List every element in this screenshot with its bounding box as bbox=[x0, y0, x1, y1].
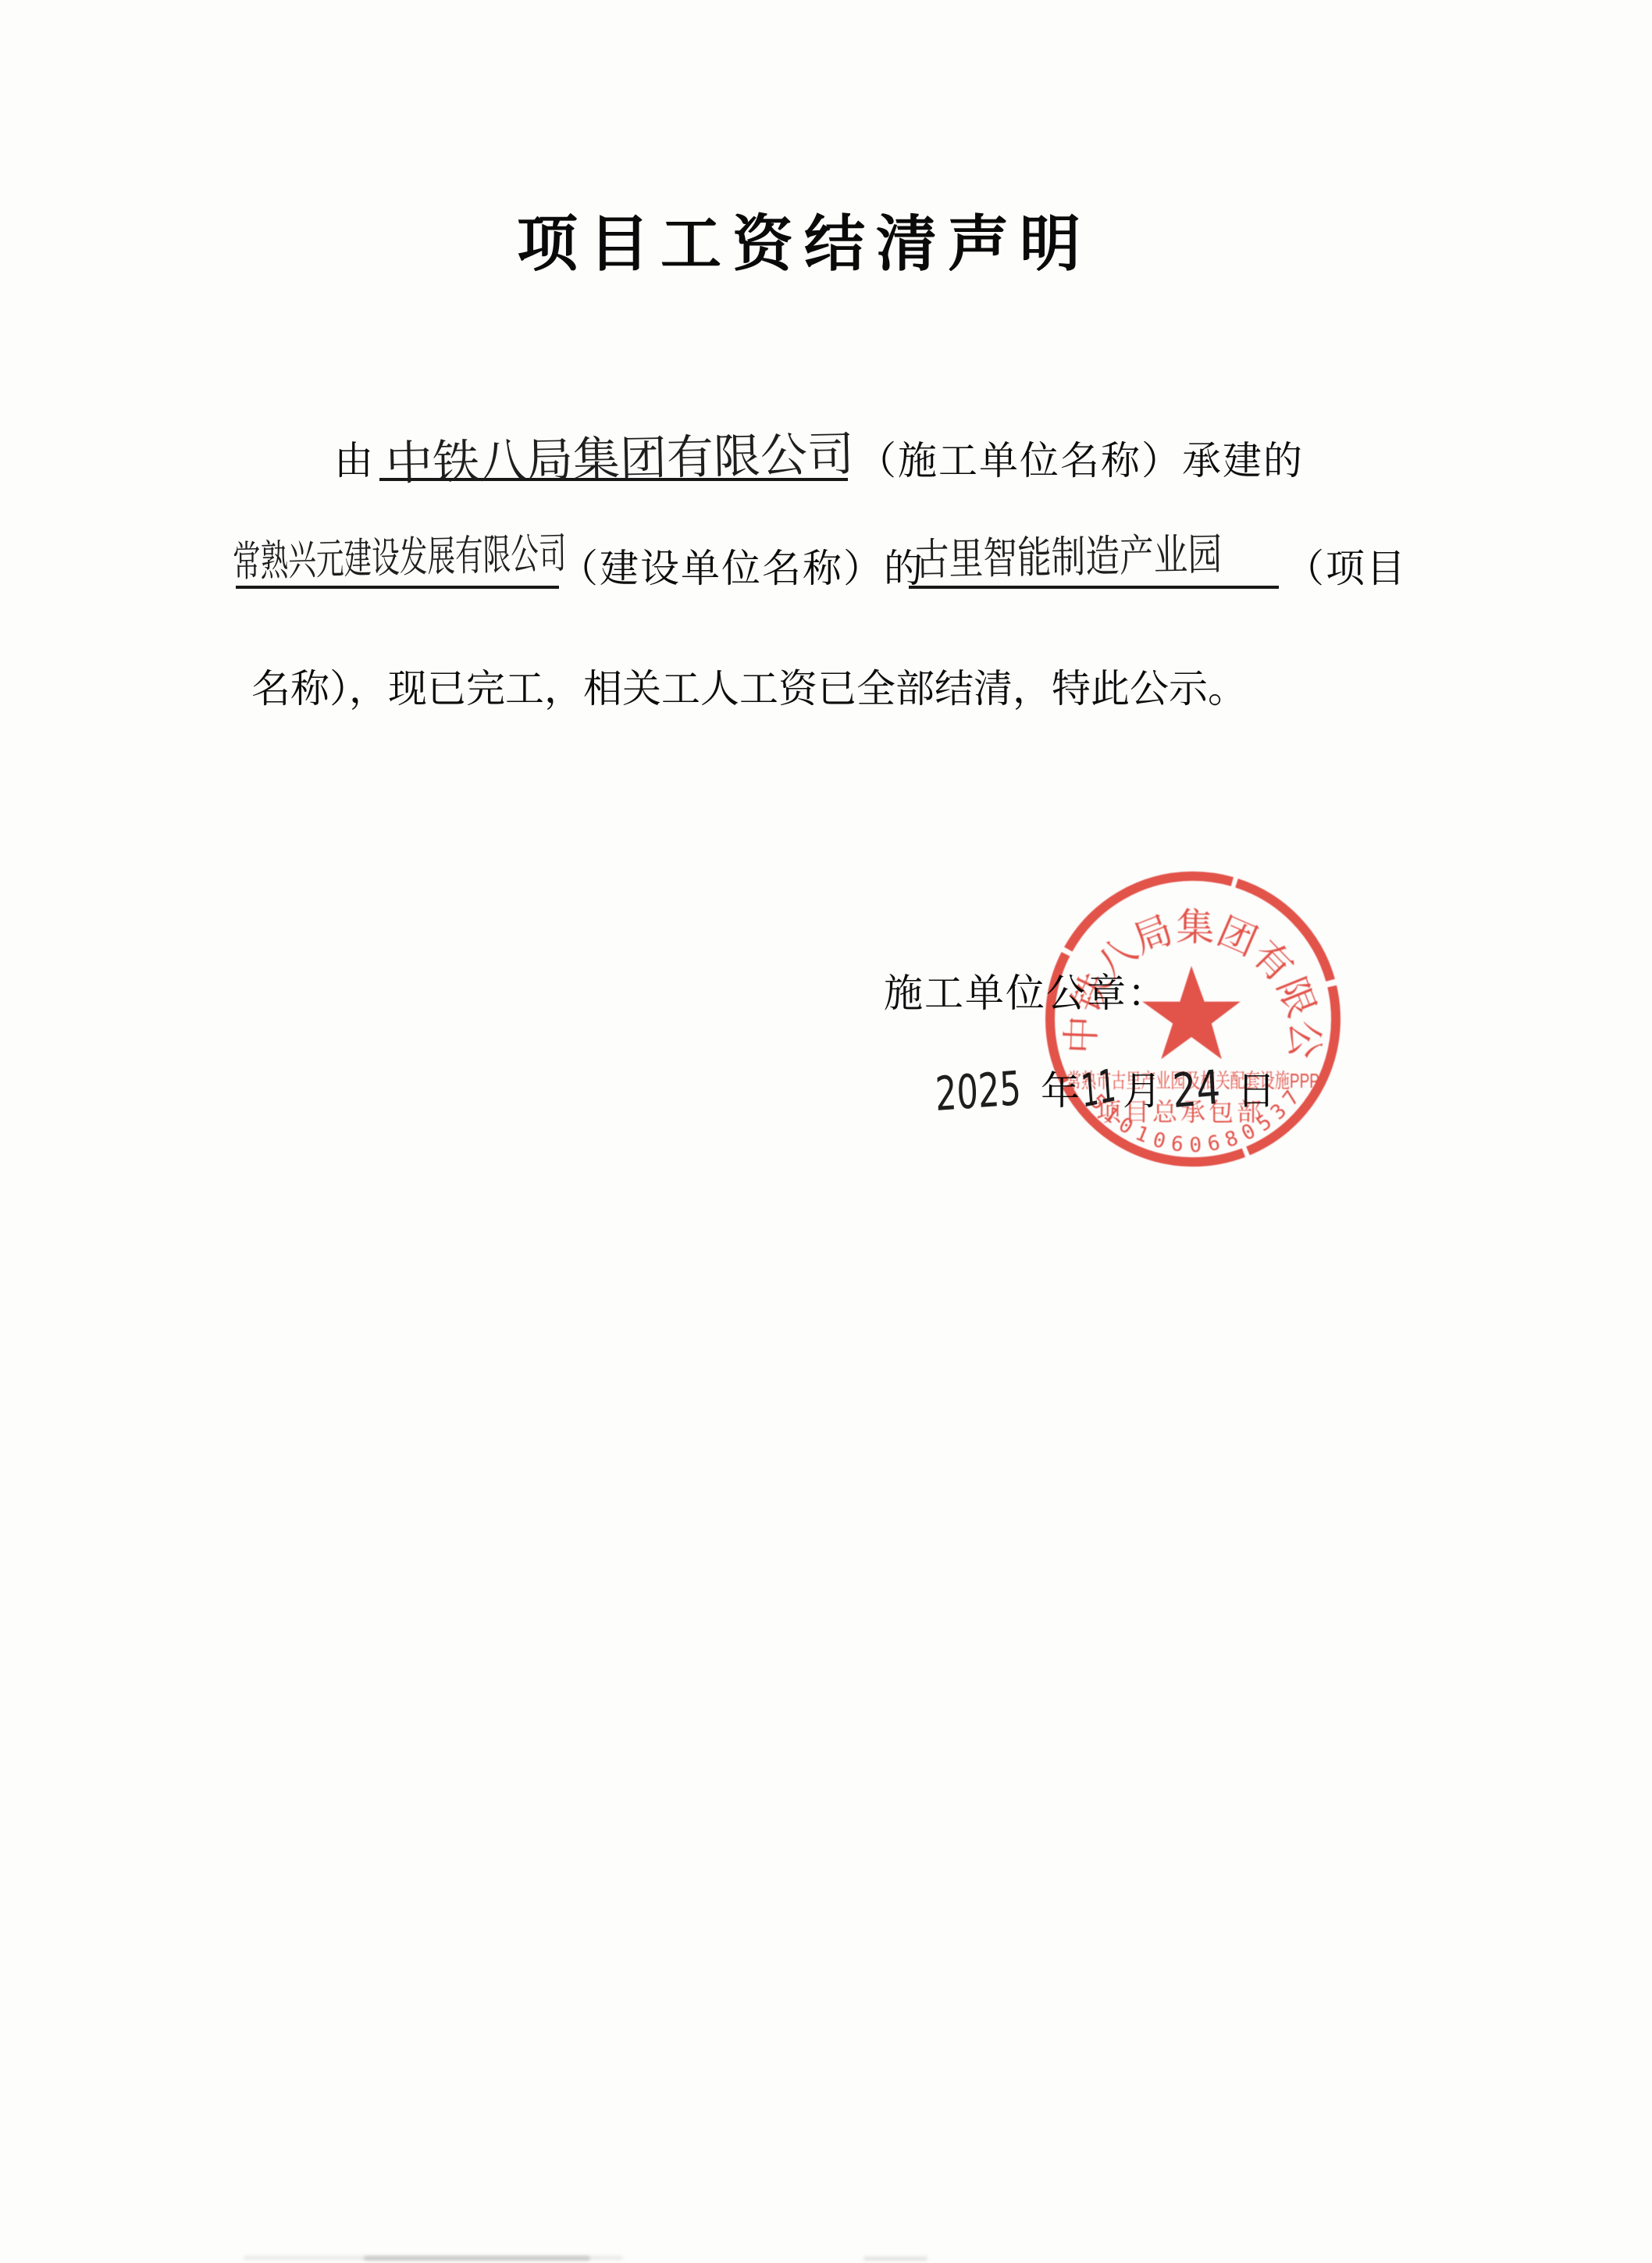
scan-smudge bbox=[863, 2257, 927, 2261]
line1-prefix: 由 bbox=[334, 422, 375, 500]
document-page: 项目工资结清声明 由 中铁八局集团有限公司 （施工单位名称）承建的 常熟兴元建设… bbox=[0, 0, 1652, 2263]
handwritten-builder-name: 中铁八局集团有限公司 bbox=[385, 415, 855, 504]
scan-smudge bbox=[364, 2256, 590, 2261]
line2-printed-mid: （建设单位名称）的 bbox=[559, 529, 924, 608]
page-title: 项目工资结清声明 bbox=[0, 195, 1608, 283]
seal-star-icon bbox=[1142, 966, 1241, 1059]
company-seal-stamp: 中铁八局集团有限公司 常熟市古里产业园及相关配套设施PPP 项目总承包部 510… bbox=[1044, 870, 1342, 1168]
seal-project-text: 常熟市古里产业园及相关配套设施PPP bbox=[1066, 1069, 1319, 1092]
line1-printed-suffix: （施工单位名称）承建的 bbox=[857, 422, 1304, 500]
line2-printed-tail: （项目 bbox=[1285, 529, 1407, 608]
blank-underline-owner bbox=[236, 586, 559, 589]
line3-text: 名称），现已完工，相关工人工资已全部结清，特此公示。 bbox=[251, 650, 1247, 728]
company-seal-svg: 中铁八局集团有限公司 常熟市古里产业园及相关配套设施PPP 项目总承包部 510… bbox=[1044, 870, 1342, 1168]
handwritten-year: 2025 bbox=[934, 1050, 1023, 1134]
blank-underline-project bbox=[909, 586, 1279, 589]
